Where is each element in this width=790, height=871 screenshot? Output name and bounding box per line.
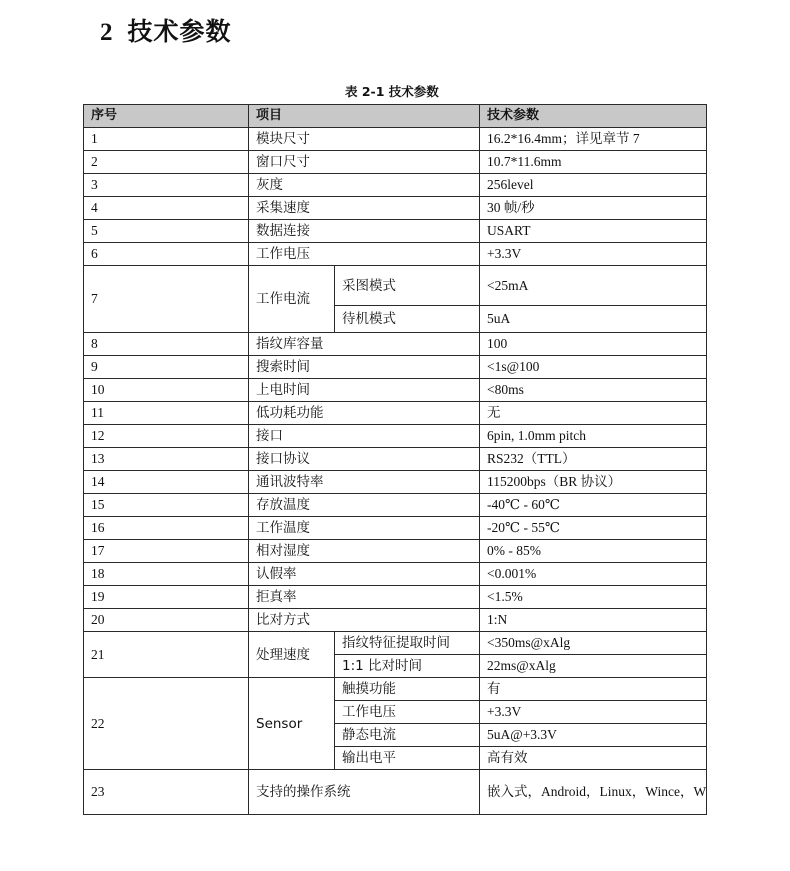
row-subitem: 静态电流 [335, 724, 480, 747]
header-value: 技术参数 [480, 105, 707, 128]
row-item: 搜索时间 [249, 356, 480, 379]
row-value: 6pin, 1.0mm pitch [480, 425, 707, 448]
table-row: 10上电时间<80ms [84, 379, 707, 402]
row-no: 2 [84, 151, 249, 174]
table-row: 8指纹库容量100 [84, 333, 707, 356]
row-value: 100 [480, 333, 707, 356]
table-row: 6工作电压+3.3V [84, 243, 707, 266]
table-row: 5数据连接USART [84, 220, 707, 243]
row-no: 18 [84, 563, 249, 586]
row-item: 比对方式 [249, 609, 480, 632]
row-item: 上电时间 [249, 379, 480, 402]
row-no: 10 [84, 379, 249, 402]
row-subitem: 采图模式 [335, 266, 480, 306]
row-no: 9 [84, 356, 249, 379]
row-no: 8 [84, 333, 249, 356]
row-value: 22ms@xAlg [480, 655, 707, 678]
row-no: 13 [84, 448, 249, 471]
row-subitem: 待机模式 [335, 306, 480, 333]
table-row: 18认假率<0.001% [84, 563, 707, 586]
row-value: +3.3V [480, 243, 707, 266]
row-value: 115200bps（BR 协议） [480, 471, 707, 494]
row-no: 11 [84, 402, 249, 425]
row-no: 4 [84, 197, 249, 220]
row-value: <25mA [480, 266, 707, 306]
row-no: 19 [84, 586, 249, 609]
row-item: 通讯波特率 [249, 471, 480, 494]
row-subitem: 1:1 比对时间 [335, 655, 480, 678]
row-no: 6 [84, 243, 249, 266]
row-value: 10.7*11.6mm [480, 151, 707, 174]
row-no: 20 [84, 609, 249, 632]
row-item: 工作电压 [249, 243, 480, 266]
row-value: -40℃ - 60℃ [480, 494, 707, 517]
row-value: USART [480, 220, 707, 243]
row-item: 采集速度 [249, 197, 480, 220]
header-item: 项目 [249, 105, 480, 128]
table-row: 23 支持的操作系统 嵌入式，Android，Linux，Wince，Windo… [84, 770, 707, 815]
row-value: 无 [480, 402, 707, 425]
table-row: 13接口协议RS232（TTL） [84, 448, 707, 471]
row-value: 16.2*16.4mm；详见章节 7 [480, 128, 707, 151]
row-no: 1 [84, 128, 249, 151]
table-row: 16工作温度-20℃ - 55℃ [84, 517, 707, 540]
row-item: 支持的操作系统 [249, 770, 480, 815]
table-row: 9搜索时间<1s@100 [84, 356, 707, 379]
row-no: 15 [84, 494, 249, 517]
row-no: 21 [84, 632, 249, 678]
row-item: 窗口尺寸 [249, 151, 480, 174]
row-value: 0% - 85% [480, 540, 707, 563]
row-item: 认假率 [249, 563, 480, 586]
row-value: 嵌入式，Android，Linux，Wince，Windows 等操作系统 [480, 770, 707, 815]
row-item: 工作温度 [249, 517, 480, 540]
table-row: 17相对湿度0% - 85% [84, 540, 707, 563]
row-no: 23 [84, 770, 249, 815]
row-item: 灰度 [249, 174, 480, 197]
row-value: <80ms [480, 379, 707, 402]
table-row: 22 Sensor 触摸功能 有 [84, 678, 707, 701]
table-row: 12接口6pin, 1.0mm pitch [84, 425, 707, 448]
table-row: 15存放温度-40℃ - 60℃ [84, 494, 707, 517]
row-item: 指纹库容量 [249, 333, 480, 356]
row-value: -20℃ - 55℃ [480, 517, 707, 540]
row-subitem: 工作电压 [335, 701, 480, 724]
row-no: 7 [84, 266, 249, 333]
row-item: 低功耗功能 [249, 402, 480, 425]
row-value: 5uA [480, 306, 707, 333]
row-value: +3.3V [480, 701, 707, 724]
row-value: 高有效 [480, 747, 707, 770]
row-item: 拒真率 [249, 586, 480, 609]
row-item: 模块尺寸 [249, 128, 480, 151]
section-title-text: 技术参数 [128, 17, 232, 46]
row-value: RS232（TTL） [480, 448, 707, 471]
table-row: 2窗口尺寸10.7*11.6mm [84, 151, 707, 174]
section-number: 2 [100, 19, 114, 46]
table-row: 4采集速度30 帧/秒 [84, 197, 707, 220]
row-item: 相对湿度 [249, 540, 480, 563]
row-no: 17 [84, 540, 249, 563]
row-subitem: 输出电平 [335, 747, 480, 770]
row-no: 12 [84, 425, 249, 448]
row-item: 接口 [249, 425, 480, 448]
row-no: 22 [84, 678, 249, 770]
row-value: <1.5% [480, 586, 707, 609]
table-row: 20比对方式1:N [84, 609, 707, 632]
row-no: 5 [84, 220, 249, 243]
row-value: <1s@100 [480, 356, 707, 379]
table-row: 19拒真率<1.5% [84, 586, 707, 609]
header-no: 序号 [84, 105, 249, 128]
table-row: 21 处理速度 指纹特征提取时间 <350ms@xAlg [84, 632, 707, 655]
row-value: 30 帧/秒 [480, 197, 707, 220]
row-item: 存放温度 [249, 494, 480, 517]
row-value: 5uA@+3.3V [480, 724, 707, 747]
table-row: 1模块尺寸16.2*16.4mm；详见章节 7 [84, 128, 707, 151]
row-value: 有 [480, 678, 707, 701]
row-item: Sensor [249, 678, 335, 770]
table-row: 7 工作电流 采图模式 <25mA [84, 266, 707, 306]
spec-table: 序号 项目 技术参数 1模块尺寸16.2*16.4mm；详见章节 7 2窗口尺寸… [83, 104, 707, 815]
row-value: <350ms@xAlg [480, 632, 707, 655]
row-item: 处理速度 [249, 632, 335, 678]
table-row: 14通讯波特率115200bps（BR 协议） [84, 471, 707, 494]
row-subitem: 触摸功能 [335, 678, 480, 701]
table-row: 3灰度256level [84, 174, 707, 197]
row-item: 数据连接 [249, 220, 480, 243]
row-subitem: 指纹特征提取时间 [335, 632, 480, 655]
row-value: 1:N [480, 609, 707, 632]
table-row: 11低功耗功能无 [84, 402, 707, 425]
row-value: 256level [480, 174, 707, 197]
row-value: <0.001% [480, 563, 707, 586]
table-caption: 表 2-1 技术参数 [345, 82, 439, 100]
row-no: 3 [84, 174, 249, 197]
row-no: 16 [84, 517, 249, 540]
row-item: 接口协议 [249, 448, 480, 471]
row-no: 14 [84, 471, 249, 494]
table-header-row: 序号 项目 技术参数 [84, 105, 707, 128]
row-item: 工作电流 [249, 266, 335, 333]
section-heading: 2技术参数 [100, 12, 232, 48]
